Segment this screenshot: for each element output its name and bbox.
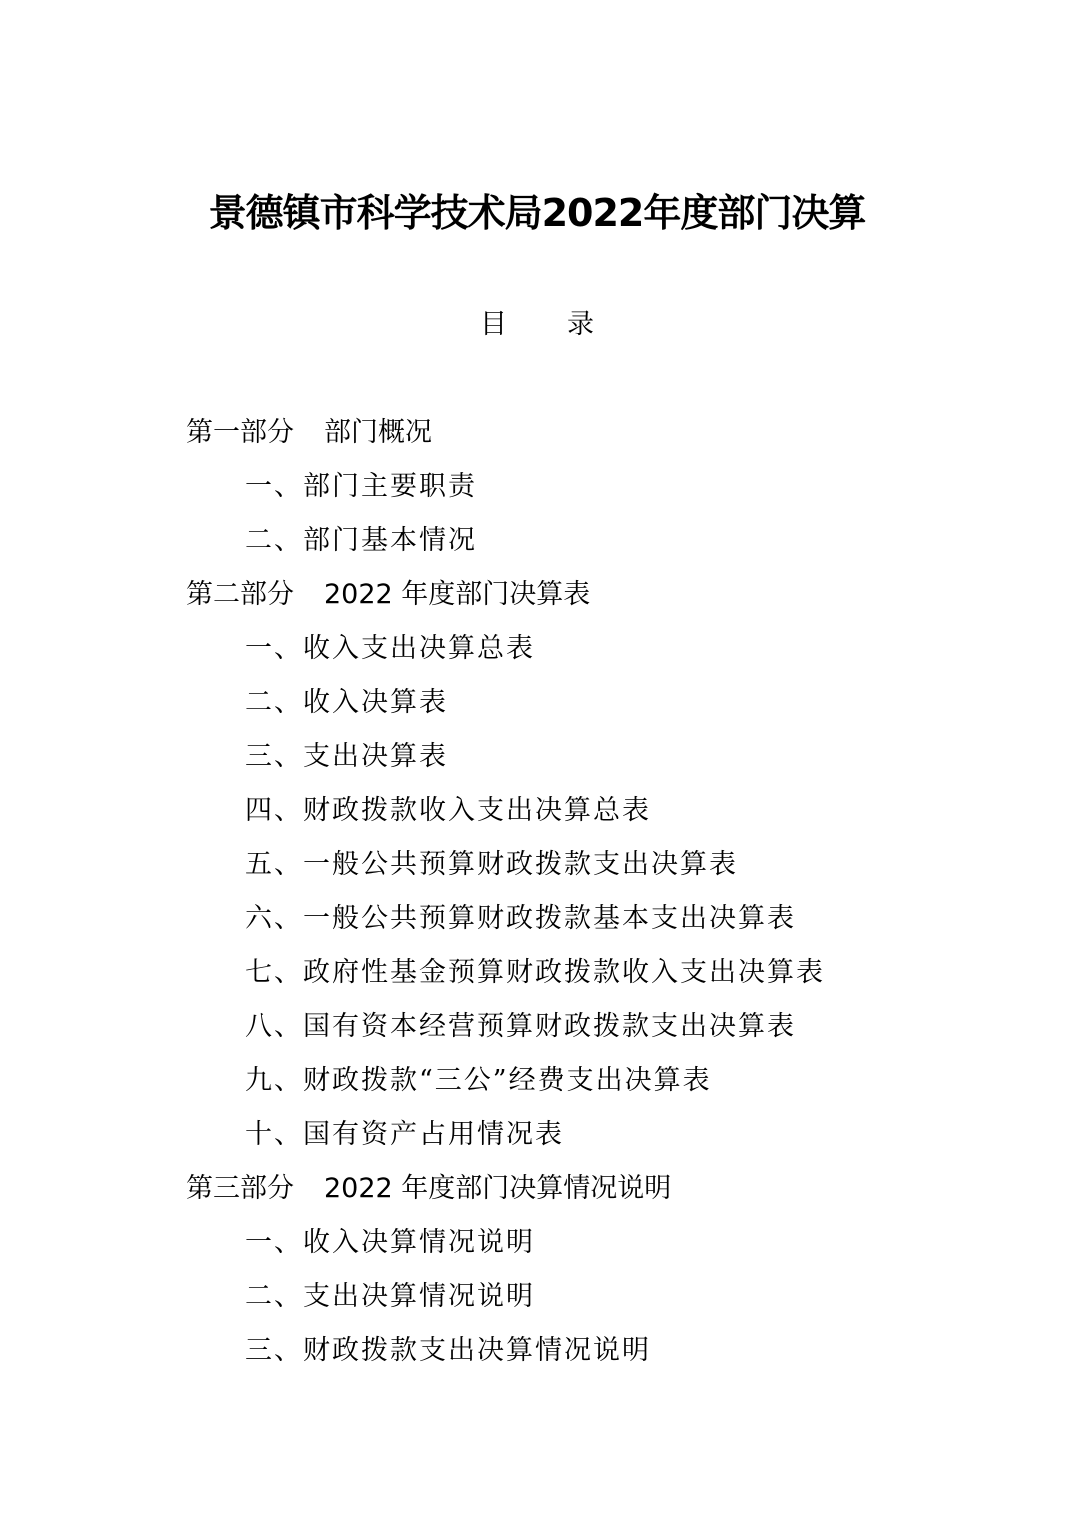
toc-item[interactable]: 七、政府性基金预算财政拨款收入支出决算表	[245, 953, 825, 993]
toc-part-1[interactable]: 第一部分部门概况	[186, 413, 432, 453]
toc-item[interactable]: 三、支出决算表	[245, 737, 448, 777]
toc-heading: 目录	[0, 303, 1074, 347]
toc-part-title: 2022 年度部门决算情况说明	[324, 1173, 671, 1204]
toc-item[interactable]: 三、财政拨款支出决算情况说明	[245, 1331, 651, 1371]
toc-part-3[interactable]: 第三部分2022 年度部门决算情况说明	[186, 1169, 671, 1209]
toc-item[interactable]: 一、收入支出决算总表	[245, 629, 535, 669]
toc-item[interactable]: 二、部门基本情况	[245, 521, 477, 561]
toc-heading-char-1: 目	[480, 309, 507, 340]
toc-item[interactable]: 六、一般公共预算财政拨款基本支出决算表	[245, 899, 796, 939]
toc-part-number: 第二部分	[186, 575, 294, 615]
toc-item[interactable]: 五、一般公共预算财政拨款支出决算表	[245, 845, 738, 885]
toc-item[interactable]: 四、财政拨款收入支出决算总表	[245, 791, 651, 831]
toc-part-2[interactable]: 第二部分2022 年度部门决算表	[186, 575, 590, 615]
toc-item[interactable]: 一、收入决算情况说明	[245, 1223, 535, 1263]
toc-item[interactable]: 九、财政拨款“三公”经费支出决算表	[245, 1061, 712, 1101]
toc-item[interactable]: 一、部门主要职责	[245, 467, 477, 507]
toc-part-title: 2022 年度部门决算表	[324, 579, 590, 610]
toc-part-title: 部门概况	[324, 417, 432, 448]
toc-item[interactable]: 二、收入决算表	[245, 683, 448, 723]
document-title: 景德镇市科学技术局2022年度部门决算	[0, 186, 1074, 240]
document-page: 景德镇市科学技术局2022年度部门决算 目录 第一部分部门概况 一、部门主要职责…	[0, 0, 1074, 1520]
toc-item[interactable]: 二、支出决算情况说明	[245, 1277, 535, 1317]
toc-part-number: 第一部分	[186, 413, 294, 453]
toc-part-number: 第三部分	[186, 1169, 294, 1209]
toc-heading-char-2: 录	[567, 309, 594, 340]
toc-item[interactable]: 八、国有资本经营预算财政拨款支出决算表	[245, 1007, 796, 1047]
toc-item[interactable]: 十、国有资产占用情况表	[245, 1115, 564, 1155]
